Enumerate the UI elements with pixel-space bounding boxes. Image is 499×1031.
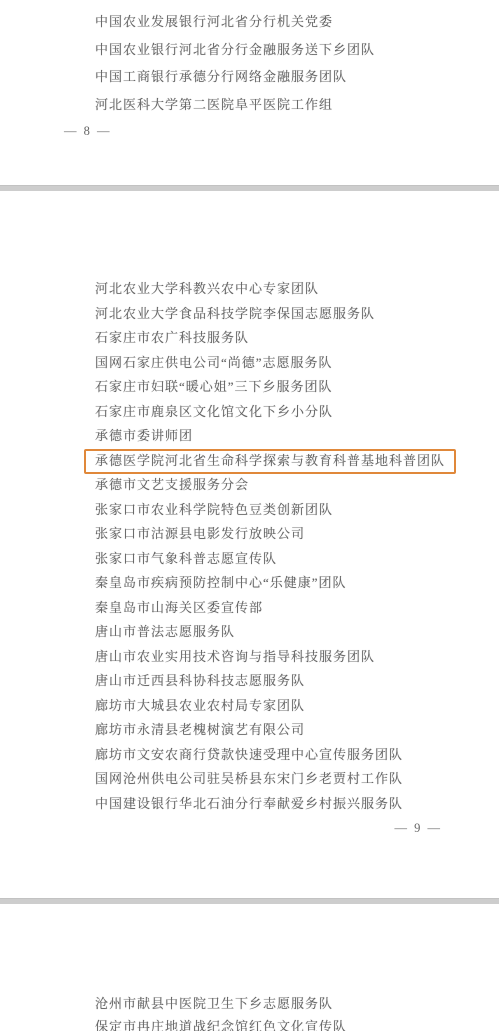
page-10: 沧州市献县中医院卫生下乡志愿服务队 保定市冉庄地道战纪念馆红色文化宣传队 bbox=[0, 904, 499, 1031]
list-item: 沧州市献县中医院卫生下乡志愿服务队 bbox=[0, 992, 499, 1015]
list-item: 河北农业大学食品科技学院李保国志愿服务队 bbox=[0, 302, 499, 327]
list-item-highlighted: 承德医学院河北省生命科学探索与教育科普基地科普团队 bbox=[0, 449, 499, 474]
list-item: 廊坊市大城县农业农村局专家团队 bbox=[0, 694, 499, 719]
list-item: 国网石家庄供电公司“尚德”志愿服务队 bbox=[0, 351, 499, 376]
list-item: 中国工商银行承德分行网络金融服务团队 bbox=[0, 63, 499, 91]
list-item: 中国农业发展银行河北省分行机关党委 bbox=[0, 8, 499, 36]
list-item: 唐山市迁西县科协科技志愿服务队 bbox=[0, 669, 499, 694]
page-number-9: — 9 — bbox=[0, 816, 499, 841]
list-item: 中国建设银行华北石油分行奉献爱乡村振兴服务队 bbox=[0, 792, 499, 817]
list-item: 唐山市农业实用技术咨询与指导科技服务团队 bbox=[0, 645, 499, 670]
list-item: 河北农业大学科教兴农中心专家团队 bbox=[0, 277, 499, 302]
list-item: 廊坊市永清县老槐树演艺有限公司 bbox=[0, 718, 499, 743]
list-item: 中国农业银行河北省分行金融服务送下乡团队 bbox=[0, 36, 499, 64]
list-item: 承德市委讲师团 bbox=[0, 424, 499, 449]
list-item: 唐山市普法志愿服务队 bbox=[0, 620, 499, 645]
list-item: 秦皇岛市疾病预防控制中心“乐健康”团队 bbox=[0, 571, 499, 596]
highlight-box: 承德医学院河北省生命科学探索与教育科普基地科普团队 bbox=[84, 449, 456, 474]
list-item: 保定市冉庄地道战纪念馆红色文化宣传队 bbox=[0, 1015, 499, 1031]
list-item: 张家口市农业科学院特色豆类创新团队 bbox=[0, 498, 499, 523]
list-item: 石家庄市妇联“暖心姐”三下乡服务团队 bbox=[0, 375, 499, 400]
page-9: 河北农业大学科教兴农中心专家团队 河北农业大学食品科技学院李保国志愿服务队 石家… bbox=[0, 191, 499, 898]
list-item: 石家庄市农广科技服务队 bbox=[0, 326, 499, 351]
list-item: 张家口市气象科普志愿宣传队 bbox=[0, 547, 499, 572]
list-item: 承德市文艺支援服务分会 bbox=[0, 473, 499, 498]
page-number-8: — 8 — bbox=[0, 118, 499, 145]
list-item: 张家口市沽源县电影发行放映公司 bbox=[0, 522, 499, 547]
page-8: 中国农业发展银行河北省分行机关党委 中国农业银行河北省分行金融服务送下乡团队 中… bbox=[0, 0, 499, 185]
list-item: 廊坊市文安农商行贷款快速受理中心宣传服务团队 bbox=[0, 743, 499, 768]
document-viewer: 中国农业发展银行河北省分行机关党委 中国农业银行河北省分行金融服务送下乡团队 中… bbox=[0, 0, 499, 1031]
list-item: 石家庄市鹿泉区文化馆文化下乡小分队 bbox=[0, 400, 499, 425]
list-item: 河北医科大学第二医院阜平医院工作组 bbox=[0, 91, 499, 119]
list-item: 秦皇岛市山海关区委宣传部 bbox=[0, 596, 499, 621]
list-item: 国网沧州供电公司驻吴桥县东宋门乡老贾村工作队 bbox=[0, 767, 499, 792]
